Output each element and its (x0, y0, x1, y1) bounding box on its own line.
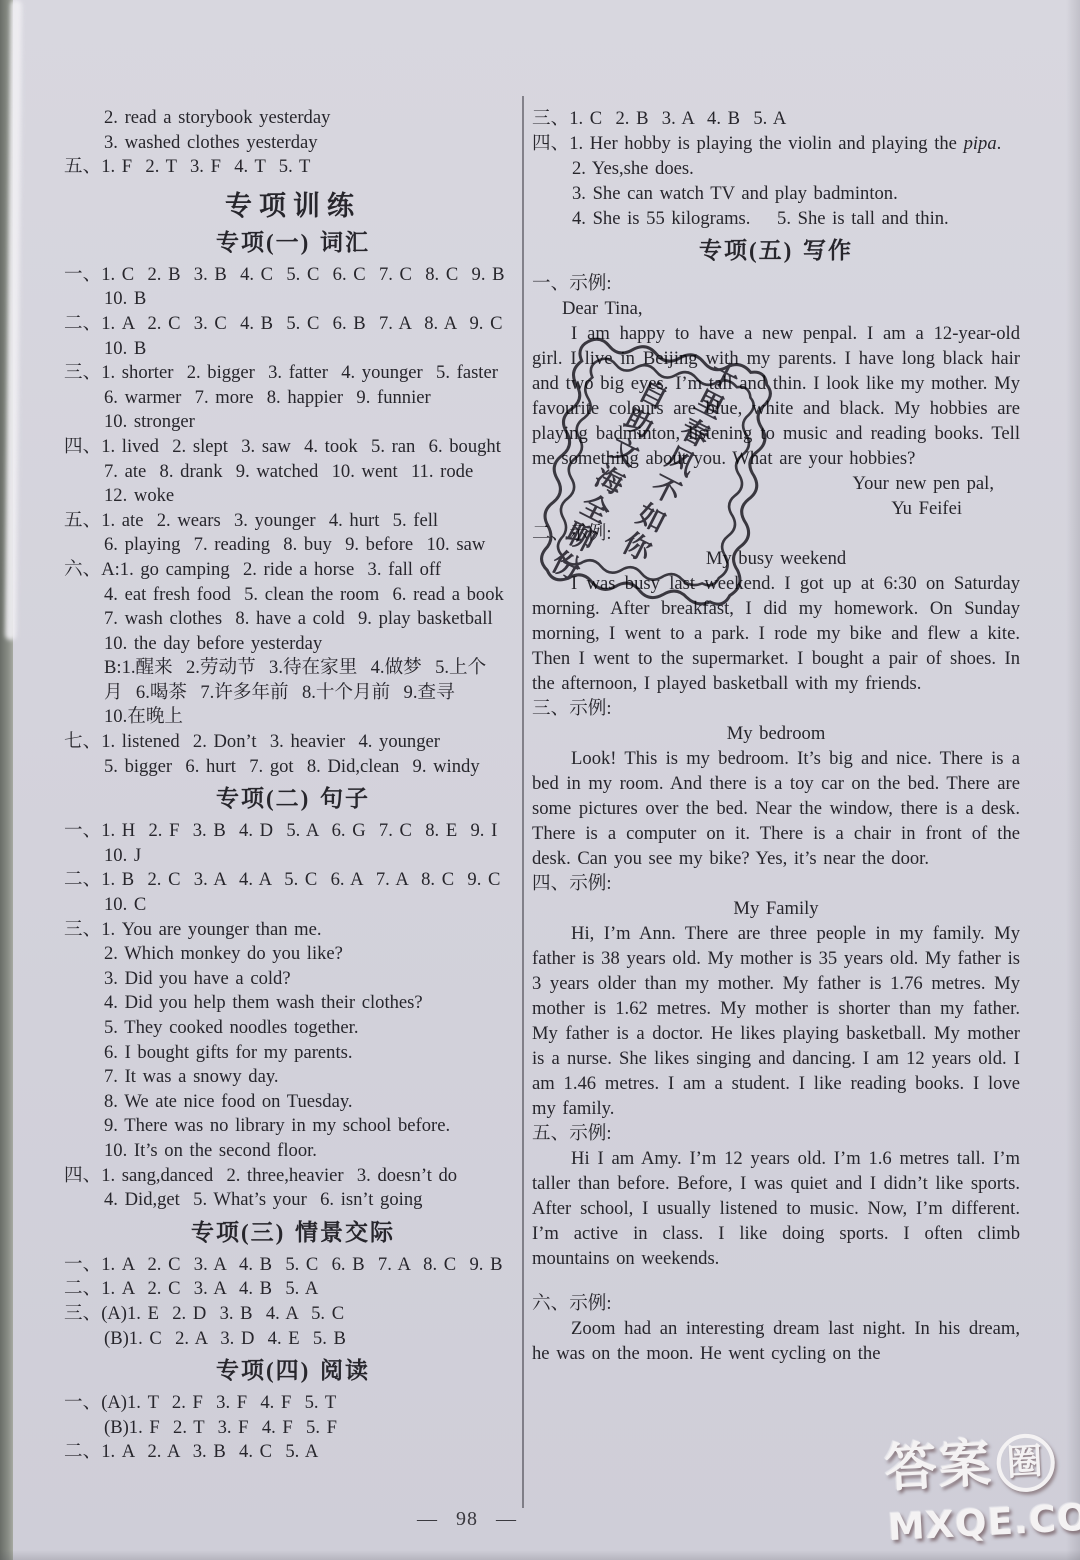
site-watermark: 答案圈 MXQE.COM (883, 1429, 1080, 1549)
answer-line: 二、1. B 2. C 3. A 4. A 5. C 6. A 7. A 8. … (64, 868, 522, 893)
answer-line-continued: 月 6.喝茶 7.许多年前 8.十个月前 9.查寻 (64, 681, 522, 706)
left-column: 2. read a storybook yesterday3. washed c… (64, 106, 522, 1465)
answer-line-continued: 6. I bought gifts for my parents. (64, 1041, 522, 1066)
scanned-answer-page: 2. read a storybook yesterday3. washed c… (0, 0, 1080, 1560)
answer-line-continued: 10.在晚上 (64, 705, 522, 730)
answer-line: 一、1. C 2. B 3. B 4. C 5. C 6. C 7. C 8. … (64, 263, 522, 288)
footer-left-dash: — (417, 1508, 438, 1530)
sample-label: 六、示例: (532, 1291, 1020, 1316)
answer-line: 七、1. listened 2. Don’t 3. heavier 4. you… (64, 730, 522, 755)
watermark-brand-circled: 圈 (995, 1432, 1056, 1493)
answer-line: 五、1. ate 2. wears 3. younger 4. hurt 5. … (64, 509, 522, 534)
spacer (532, 1271, 1020, 1291)
column-divider (522, 96, 524, 1508)
answer-line-continued: 4. Did,get 5. What’s your 6. isn’t going (64, 1188, 522, 1213)
stamp-watermark: 十里春风不如你 自助文海全聊份 (514, 323, 796, 631)
answer-line: 三、(A)1. E 2. D 3. B 4. A 5. C (64, 1302, 522, 1327)
answer-line: 一、(A)1. T 2. F 3. F 4. F 5. T (64, 1391, 522, 1416)
answer-line-continued: 7. wash clothes 8. have a cold 9. play b… (64, 607, 522, 632)
answer-line: 四、1. Her hobby is playing the violin and… (532, 131, 1020, 156)
letter-salutation: Dear Tina, (532, 296, 1020, 321)
answer-line: 一、1. A 2. C 3. A 4. B 5. C 6. B 7. A 8. … (64, 1253, 522, 1278)
page-footer: —98— (408, 1508, 526, 1531)
answer-line: 二、1. A 2. C 3. C 4. B 5. C 6. B 7. A 8. … (64, 312, 522, 337)
answer-line-continued: 12. woke (64, 484, 522, 509)
answer-line-continued: 10. B (64, 287, 522, 312)
answer-line-continued: 10. J (64, 844, 522, 869)
answer-line: 五、1. F 2. T 3. F 4. T 5. T (64, 155, 522, 180)
answer-line-continued: (B)1. C 2. A 3. D 4. E 5. B (64, 1327, 522, 1352)
sample-label: 一、示例: (532, 271, 1020, 296)
answer-line: 二、1. A 2. A 3. B 4. C 5. A (64, 1440, 522, 1465)
essay-title: My Family (532, 896, 1020, 921)
answer-line: 一、1. H 2. F 3. B 4. D 5. A 6. G 7. C 8. … (64, 819, 522, 844)
answer-line: 三、1. C 2. B 3. A 4. B 5. A (532, 106, 1020, 131)
footer-right-dash: — (496, 1508, 517, 1530)
watermark-brand: 答案圈 (883, 1429, 1080, 1504)
answer-line-continued: 3. She can watch TV and play badminton. (532, 181, 1020, 206)
answer-line-continued: 3. washed clothes yesterday (64, 131, 522, 156)
answer-line-continued: (B)1. F 2. T 3. F 4. F 5. F (64, 1416, 522, 1441)
essay-paragraph: Hi I am Amy. I’m 12 years old. I’m 1.6 m… (532, 1146, 1020, 1271)
section-heading: 专项(一) 词汇 (64, 228, 522, 258)
answer-line-continued: 7. ate 8. drank 9. watched 10. went 11. … (64, 460, 522, 485)
essay-paragraph: Look! This is my bedroom. It’s big and n… (532, 746, 1020, 871)
section-heading: 专项(四) 阅读 (64, 1356, 522, 1386)
answer-line: 三、1. shorter 2. bigger 3. fatter 4. youn… (64, 361, 522, 386)
section-title: 专项训练 (64, 189, 522, 223)
section-heading: 专项(五) 写作 (532, 236, 1020, 266)
answer-line-continued: 6. playing 7. reading 8. buy 9. before 1… (64, 533, 522, 558)
answer-line-continued: 10. It’s on the second floor. (64, 1139, 522, 1164)
answer-line: 二、1. A 2. C 3. A 4. B 5. A (64, 1277, 522, 1302)
right-column: 三、1. C 2. B 3. A 4. B 5. A四、1. Her hobby… (532, 106, 1020, 1366)
answer-line: 三、1. You are younger than me. (64, 918, 522, 943)
answer-line-continued: 4. She is 55 kilograms. 5. She is tall a… (532, 206, 1020, 231)
answer-line: 四、1. sang,danced 2. three,heavier 3. doe… (64, 1164, 522, 1189)
answer-line-continued: 10. stronger (64, 410, 522, 435)
page-right-edge (1066, 0, 1080, 1560)
answer-line-continued: 8. We ate nice food on Tuesday. (64, 1090, 522, 1115)
answer-line-continued: 10. C (64, 893, 522, 918)
sample-label: 三、示例: (532, 696, 1020, 721)
answer-line-continued: B:1.醒来 2.劳动节 3.待在家里 4.做梦 5.上个 (64, 656, 522, 681)
answer-line-continued: 2. read a storybook yesterday (64, 106, 522, 131)
page-number: 98 (456, 1508, 478, 1530)
answer-line-continued: 4. Did you help them wash their clothes? (64, 991, 522, 1016)
answer-line-continued: 9. There was no library in my school bef… (64, 1114, 522, 1139)
answer-line-continued: 6. warmer 7. more 8. happier 9. funnier (64, 386, 522, 411)
answer-line-continued: 4. eat fresh food 5. clean the room 6. r… (64, 583, 522, 608)
answer-line-continued: 5. They cooked noodles together. (64, 1016, 522, 1041)
section-heading: 专项(三) 情景交际 (64, 1218, 522, 1248)
page-bottom-edge (0, 1550, 1080, 1560)
answer-line-continued: 7. It was a snowy day. (64, 1065, 522, 1090)
section-heading: 专项(二) 句子 (64, 784, 522, 814)
essay-title: My bedroom (532, 721, 1020, 746)
watermark-brand-text: 答案 (883, 1434, 994, 1500)
answer-line-continued: 5. bigger 6. hurt 7. got 8. Did,clean 9.… (64, 755, 522, 780)
answer-line: 四、1. lived 2. slept 3. saw 4. took 5. ra… (64, 435, 522, 460)
answer-line-continued: 10. the day before yesterday (64, 632, 522, 657)
essay-paragraph: Zoom had an interesting dream last night… (532, 1316, 1020, 1366)
essay-paragraph: Hi, I’m Ann. There are three people in m… (532, 921, 1020, 1121)
answer-line: 六、A:1. go camping 2. ride a horse 3. fal… (64, 558, 522, 583)
answer-line-continued: 2. Which monkey do you like? (64, 942, 522, 967)
sample-label: 四、示例: (532, 871, 1020, 896)
sample-label: 五、示例: (532, 1121, 1020, 1146)
answer-line-continued: 10. B (64, 337, 522, 362)
watermark-url: MXQE.COM (887, 1496, 1080, 1549)
answer-line-continued: 3. Did you have a cold? (64, 967, 522, 992)
answer-line-continued: 2. Yes,she does. (532, 156, 1020, 181)
